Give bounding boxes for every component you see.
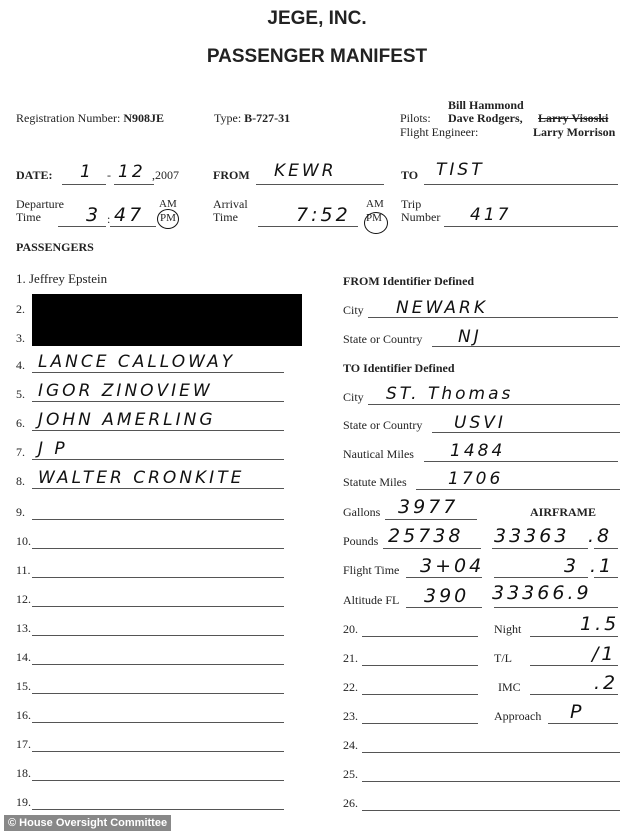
airframe-hours-1-decimal: .8: [588, 525, 612, 547]
date-year: ,2007: [152, 168, 179, 183]
from-value: KEWR: [274, 161, 337, 181]
passenger-row-26-number: 26.: [343, 796, 358, 811]
passenger-row-24-line: [362, 752, 620, 753]
passenger-row-24-number: 24.: [343, 738, 358, 753]
pilot-3-struck: Larry Visoski: [538, 111, 608, 126]
arrival-label: Arrival Time: [213, 198, 248, 224]
passenger-row-18-number: 18.: [16, 766, 31, 781]
airframe-hours-3: 33366.9: [492, 582, 592, 604]
passenger-row-9-number: 9.: [16, 505, 25, 520]
to-state-label: State or Country: [343, 418, 422, 433]
altitude-label: Altitude FL: [343, 593, 399, 608]
passenger-row-25-line: [362, 781, 620, 782]
engineer-name: Larry Morrison: [533, 125, 615, 140]
passenger-row-8-line: [32, 488, 284, 489]
passenger-row-22-number: 22.: [343, 680, 358, 695]
passengers-heading: PASSENGERS: [16, 240, 94, 255]
tl-value: /1: [592, 643, 617, 665]
statute-miles-value: 1706: [448, 469, 503, 489]
type-label: Type:: [214, 111, 241, 125]
pm-circled-mark: [157, 209, 179, 229]
passenger-row-18-line: [32, 780, 284, 781]
passenger-row-6-name: JOHN AMERLING: [38, 410, 216, 430]
type-field: Type: B-727-31: [214, 111, 290, 126]
approach-value: P: [570, 701, 584, 723]
passenger-row-11-number: 11.: [16, 563, 31, 578]
nautical-miles-label: Nautical Miles: [343, 447, 414, 462]
approach-label: Approach: [494, 709, 541, 724]
passenger-row-10-number: 10.: [16, 534, 31, 549]
passenger-row-23-number: 23.: [343, 709, 358, 724]
passenger-row-21-number: 21.: [343, 651, 358, 666]
tl-label: T/L: [494, 651, 512, 666]
to-city-label: City: [343, 390, 364, 405]
passenger-row-9-line: [32, 519, 284, 520]
redaction-block: [32, 294, 302, 346]
pounds-label: Pounds: [343, 534, 378, 549]
to-city-value: ST. Thomas: [386, 384, 513, 404]
trip-label: Trip Number: [401, 198, 440, 224]
passenger-row-7-line: [32, 459, 284, 460]
airframe-hours-2-decimal: .1: [590, 555, 614, 577]
nautical-miles-value: 1484: [450, 441, 505, 461]
passenger-row-21-line: [362, 665, 478, 666]
passenger-row-15-number: 15.: [16, 679, 31, 694]
passenger-row-17-line: [32, 751, 284, 752]
to-state-value: USVI: [454, 413, 506, 433]
pilots-label: Pilots:: [400, 111, 431, 126]
airframe-heading: AIRFRAME: [530, 505, 596, 520]
pm-circled-mark: [364, 212, 388, 234]
passenger-row-16-number: 16.: [16, 708, 31, 723]
passenger-row-4-line: [32, 372, 284, 373]
company-name: JEGE, INC.: [0, 8, 634, 30]
passenger-row-12-line: [32, 606, 284, 607]
date-day: 12: [118, 162, 146, 182]
date-month: 1: [80, 162, 94, 182]
passenger-row-3: 3.: [16, 331, 25, 346]
from-state-label: State or Country: [343, 332, 422, 347]
passenger-row-5-name: IGOR ZINOVIEW: [38, 381, 213, 401]
passenger-row-11-line: [32, 577, 284, 578]
imc-label: IMC: [498, 680, 521, 695]
from-identifier-heading: FROM Identifier Defined: [343, 274, 474, 289]
registration-value: N908JE: [123, 111, 164, 125]
departure-hour: 3: [86, 204, 101, 226]
airframe-hours-2: 3: [564, 555, 579, 577]
passenger-row-14-line: [32, 664, 284, 665]
passenger-row-19-number: 19.: [16, 795, 31, 810]
passenger-row-17-number: 17.: [16, 737, 31, 752]
passenger-row-2: 2.: [16, 302, 25, 317]
pounds-value: 25738: [388, 525, 463, 547]
passenger-row-20-line: [362, 636, 478, 637]
registration-field: Registration Number: N908JE: [16, 111, 164, 126]
passenger-row-7-name: J P: [38, 439, 68, 459]
passenger-row-5-line: [32, 401, 284, 402]
arrival-am: AM: [366, 198, 384, 210]
gallons-value: 3977: [398, 496, 458, 518]
type-value: B-727-31: [244, 111, 290, 125]
statute-miles-label: Statute Miles: [343, 475, 407, 490]
altitude-value: 390: [424, 585, 469, 607]
passenger-row-19-line: [32, 809, 284, 810]
night-label: Night: [494, 622, 521, 637]
departure-minute: 47: [114, 204, 144, 226]
gallons-label: Gallons: [343, 505, 380, 520]
passenger-row-10-line: [32, 548, 284, 549]
registration-label: Registration Number:: [16, 111, 120, 125]
to-label: TO: [401, 168, 418, 183]
date-label: DATE:: [16, 168, 52, 183]
from-state-value: NJ: [458, 327, 482, 347]
departure-label: Departure Time: [16, 198, 64, 224]
passenger-row-13-number: 13.: [16, 621, 31, 636]
arrival-time: 7:52: [296, 204, 351, 226]
imc-value: .2: [594, 672, 618, 694]
passenger-row-7-number: 7.: [16, 445, 25, 460]
engineer-label: Flight Engineer:: [400, 125, 478, 140]
passenger-row-15-line: [32, 693, 284, 694]
passenger-row-12-number: 12.: [16, 592, 31, 607]
passenger-row-25-number: 25.: [343, 767, 358, 782]
document-title: PASSENGER MANIFEST: [0, 46, 634, 68]
night-value: 1.5: [580, 613, 619, 635]
to-value: TIST: [436, 160, 485, 180]
passenger-row-26-line: [362, 810, 620, 811]
trip-number: 417: [470, 205, 511, 225]
passenger-row-14-number: 14.: [16, 650, 31, 665]
flight-time-value: 3+04: [420, 555, 484, 577]
passenger-row-16-line: [32, 722, 284, 723]
from-label: FROM: [213, 168, 250, 183]
passenger-row-20-number: 20.: [343, 622, 358, 637]
passenger-row-6-number: 6.: [16, 416, 25, 431]
passenger-row-1: 1. Jeffrey Epstein: [16, 271, 107, 287]
copyright-watermark: © House Oversight Committee: [4, 815, 171, 831]
from-city-value: NEWARK: [396, 298, 488, 318]
passenger-row-22-line: [362, 694, 478, 695]
airframe-hours-1: 33363: [494, 525, 569, 547]
passenger-row-4-number: 4.: [16, 358, 25, 373]
passenger-row-6-line: [32, 430, 284, 431]
passenger-row-4-name: LANCE CALLOWAY: [38, 352, 235, 372]
to-identifier-heading: TO Identifier Defined: [343, 361, 455, 376]
passenger-row-13-line: [32, 635, 284, 636]
flight-time-label: Flight Time: [343, 563, 399, 578]
from-city-label: City: [343, 303, 364, 318]
pilot-2: Dave Rodgers,: [448, 111, 523, 126]
passenger-row-5-number: 5.: [16, 387, 25, 402]
passenger-row-8-number: 8.: [16, 474, 25, 489]
passenger-row-23-line: [362, 723, 478, 724]
passenger-row-8-name: WALTER CRONKITE: [38, 468, 244, 488]
